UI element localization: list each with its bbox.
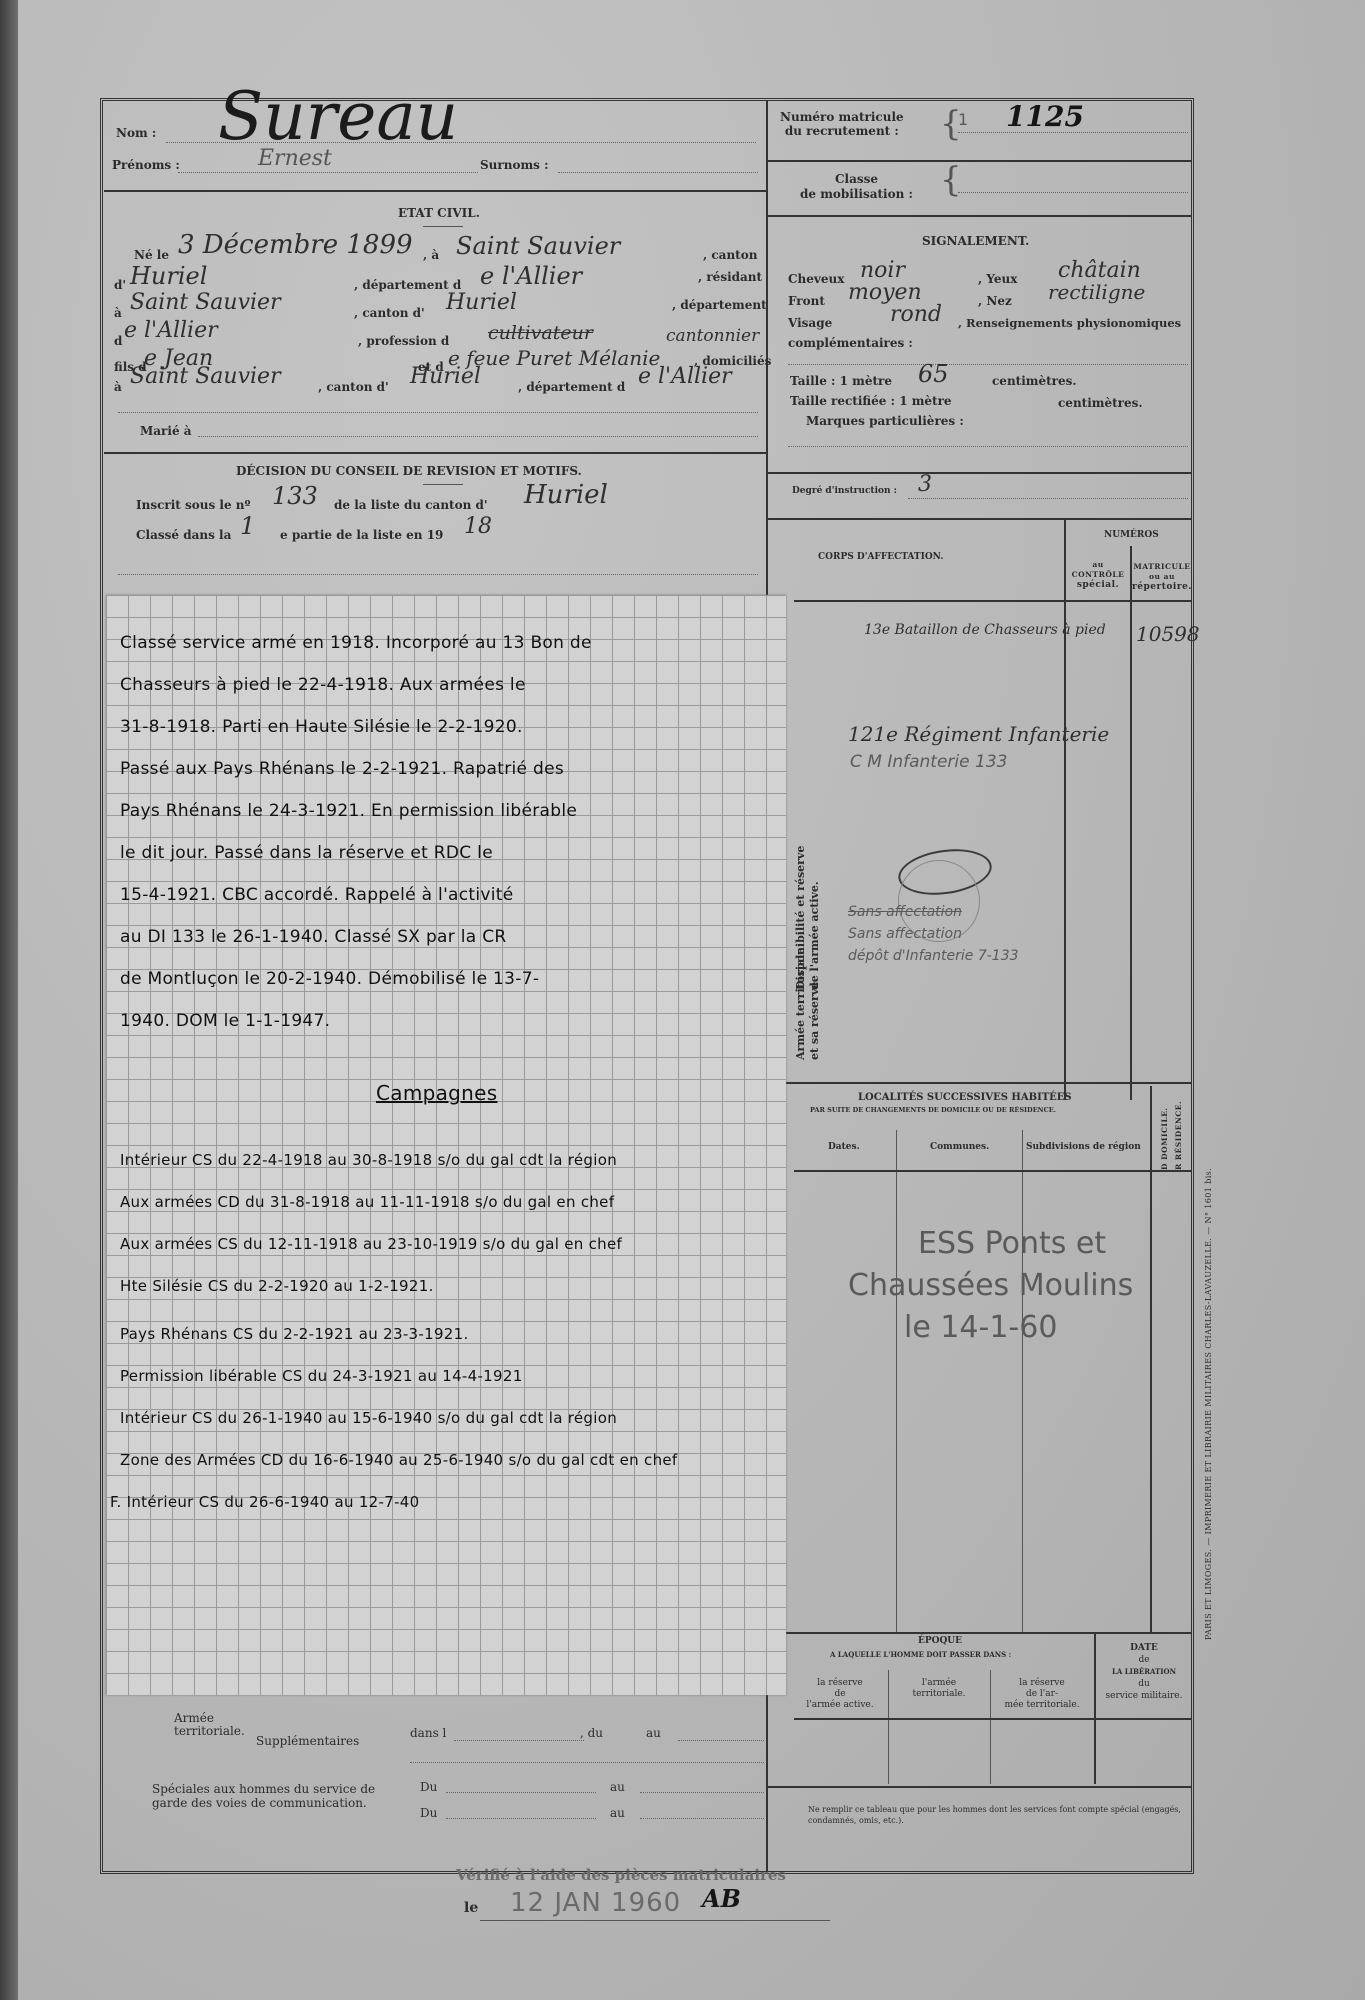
classe-dans-label: Classé dans la — [136, 528, 231, 542]
au3-label: au — [610, 1806, 625, 1820]
marie-line — [198, 436, 758, 437]
residence-value: Saint Sauvier — [130, 290, 281, 315]
col-subdivisions: Subdivisions de région — [1026, 1142, 1141, 1152]
verification-initials: AB — [702, 1884, 741, 1913]
col-matricule-2: ou au — [1132, 572, 1192, 582]
supplementaires-label: Supplémentaires — [256, 1734, 359, 1748]
col-dates: Dates. — [828, 1142, 860, 1152]
departement3-value: e l'Allier — [638, 364, 732, 389]
profession-struck: cultivateur — [488, 322, 593, 344]
localites-entry-2: Chaussées Moulins — [848, 1268, 1133, 1303]
classe-label-2: de mobilisation : — [800, 187, 913, 201]
corps-header: CORPS D'AFFECTATION. — [818, 552, 943, 562]
printer-imprint: PARIS ET LIMOGES. — IMPRIMERIE ET LIBRAI… — [1204, 1168, 1213, 1640]
du3-line — [446, 1818, 596, 1819]
date-liberation-col: DATE de LA LIBÉRATION du service militai… — [1096, 1642, 1192, 1702]
corps-bottom-rule — [766, 1082, 1192, 1084]
instruction-value: 3 — [918, 472, 932, 497]
au-line — [678, 1740, 764, 1741]
a3-label: à — [114, 380, 122, 394]
signalement-title: SIGNALEMENT. — [922, 234, 1029, 248]
epoque-header-rule — [794, 1718, 1192, 1720]
instruction-rule — [766, 518, 1192, 520]
service-line: Chasseurs à pied le 22-4-1918. Aux armée… — [120, 675, 526, 695]
decision-line — [118, 574, 758, 575]
service-line: 1940. DOM le 1-1-1947. — [120, 1011, 330, 1031]
col-residence: R RÉSIDENCE. — [1174, 1101, 1183, 1170]
classe-line — [958, 192, 1188, 193]
ne-le-value: 3 Décembre 1899 — [178, 230, 413, 260]
partie-label: e partie de la liste en 19 — [280, 528, 443, 542]
localites-divider-dr — [1150, 1086, 1152, 1632]
epoque-title: ÉPOQUE — [918, 1636, 962, 1646]
col-domicile-residence: D DOMICILE.R RÉSIDENCE. — [1158, 1101, 1186, 1170]
corps-entry-5: Sans affectation — [848, 926, 962, 942]
speciales-label: Spéciales aux hommes du service degarde … — [152, 1782, 375, 1810]
au3-line — [640, 1818, 764, 1819]
corps-entry-2: 121e Régiment Infanterie — [848, 722, 1109, 746]
taille-rectifiee-unit: centimètres. — [1058, 396, 1143, 410]
complementaires-label: complémentaires : — [788, 336, 913, 350]
canton-value: Huriel — [130, 262, 207, 290]
epoque-col-1: la réserve de l'armée active. — [794, 1678, 886, 1711]
campagne-line: Zone des Armées CD du 16-6-1940 au 25-6-… — [120, 1451, 678, 1469]
epoque-col-2-line-1: l'armée — [890, 1678, 988, 1689]
epoque-col-1-line-2: de — [794, 1689, 886, 1700]
col-matricule-header: MATRICULE ou au répertoire. — [1132, 562, 1192, 592]
date-col-1: DATE — [1096, 1642, 1192, 1654]
campagne-line: Pays Rhénans CS du 2-2-1921 au 23-3-1921… — [120, 1325, 469, 1343]
corps-entry-3: C M Infanterie 133 — [850, 752, 1007, 772]
residant-label: , résidant — [698, 270, 762, 284]
epoque-col-3-line-1: la réserve — [992, 1678, 1092, 1689]
canton3-label: , canton d' — [318, 380, 389, 394]
verification-le-label: le — [464, 1900, 478, 1916]
etat-civil-underline — [423, 226, 463, 227]
localites-entry-1: ESS Ponts et — [918, 1226, 1106, 1261]
col-controle-2: CONTRÔLE — [1068, 570, 1128, 580]
etat-civil-rule — [104, 452, 766, 454]
col-domicile: D DOMICILE. — [1160, 1107, 1169, 1170]
canton3-value: Huriel — [410, 364, 481, 389]
annotation-sheet: Classé service armé en 1918. Incorporé a… — [106, 595, 786, 1695]
armee-label-2: territoriale. — [174, 1724, 245, 1738]
epoque-subtitle: A LAQUELLE L'HOMME DOIT PASSER DANS : — [830, 1650, 1011, 1659]
classe-label-1: Classe — [835, 172, 878, 186]
profession-value: cantonnier — [666, 326, 759, 346]
matricule-label-2: du recrutement : — [785, 124, 899, 138]
corps-divider-2 — [1130, 546, 1132, 1100]
visage-value: rond — [890, 302, 942, 327]
epoque-col-3: la réserve de l'ar- mée territoriale. — [992, 1678, 1092, 1711]
col-matricule-1: MATRICULE — [1132, 562, 1192, 572]
epoque-col-3-line-2: de l'ar- — [992, 1689, 1092, 1700]
speciales-label-2: garde des voies de communication. — [152, 1796, 367, 1810]
speciales-label-1: Spéciales aux hommes du service de — [152, 1782, 375, 1796]
col-controle-header: au CONTRÔLE spécial. — [1068, 560, 1128, 590]
taille-rectifiee-label: Taille rectifiée : 1 mètre — [790, 394, 952, 408]
date-col-3: LA LIBÉRATION — [1096, 1666, 1192, 1678]
prenoms-line — [178, 172, 478, 173]
decision-title: DÉCISION DU CONSEIL DE REVISION ET MOTIF… — [236, 464, 582, 478]
campagne-line: Aux armées CS du 12-11-1918 au 23-10-191… — [120, 1235, 622, 1253]
armee-label-1: Armée — [174, 1711, 214, 1725]
corps-header-rule — [794, 600, 1192, 602]
epoque-col-1-line-3: l'armée active. — [794, 1700, 886, 1711]
a2-label: à — [114, 306, 122, 320]
nez-value: rectiligne — [1048, 280, 1145, 304]
localites-bottom-rule — [766, 1632, 1192, 1634]
verification-date: 12 JAN 1960 — [510, 1888, 681, 1918]
renseignements-label: , Renseignements physionomiques — [958, 316, 1181, 330]
nom-value: Sureau — [218, 78, 458, 155]
page-binding — [0, 0, 18, 2000]
du-label: , du — [580, 1726, 603, 1740]
register-page: Nom : Sureau Prénoms : Ernest Surnoms : … — [18, 0, 1365, 2000]
service-line: Classé service armé en 1918. Incorporé a… — [120, 633, 592, 653]
col-controle-3: spécial. — [1068, 580, 1128, 590]
liste-label: de la liste du canton d' — [334, 498, 488, 512]
corps-entry-1: 13e Bataillon de Chasseurs à pied — [864, 622, 1106, 638]
du3-label: Du — [420, 1806, 437, 1820]
du2-line — [446, 1792, 596, 1793]
campagne-line: Permission libérable CS du 24-3-1921 au … — [120, 1367, 523, 1385]
col-controle-1: au — [1068, 560, 1128, 570]
classe-dans-value: 1 — [240, 512, 255, 540]
inscrit-label: Inscrit sous le nº — [136, 498, 251, 512]
epoque-col-2-line-2: territoriale. — [890, 1689, 988, 1700]
departement2-label: , département — [672, 298, 767, 312]
matricule-value: 1125 — [1006, 100, 1084, 133]
numeros-header: NUMÉROS — [1104, 530, 1159, 540]
d-label: d' — [114, 278, 126, 292]
nom-label: Nom : — [116, 126, 156, 140]
epoque-col-1-line-1: la réserve — [794, 1678, 886, 1689]
section-terr-1: Armée territoriale — [794, 948, 807, 1060]
canton2-value: Huriel — [446, 290, 517, 315]
localites-title: LOCALITÉS SUCCESSIVES HABITÉES — [858, 1092, 1072, 1103]
date-col-5: service militaire. — [1096, 1690, 1192, 1702]
epoque-col-2: l'armée territoriale. — [890, 1678, 988, 1700]
front-label: Front — [788, 294, 825, 308]
campagne-line: Intérieur CS du 22-4-1918 au 30-8-1918 s… — [120, 1151, 617, 1169]
departement-value: e l'Allier — [480, 262, 582, 290]
inscrit-value: 133 — [272, 482, 318, 510]
service-line: de Montluçon le 20-2-1940. Démobilisé le… — [120, 969, 539, 989]
matricule-label: Numéro matriculedu recrutement : — [780, 110, 904, 138]
au2-line — [640, 1792, 764, 1793]
a-label: , à — [423, 248, 439, 262]
epoque-divider-2 — [990, 1670, 991, 1784]
service-line: le dit jour. Passé dans la réserve et RD… — [120, 843, 493, 863]
epoque-bottom-rule — [766, 1786, 1192, 1788]
marques-line — [788, 446, 1188, 447]
instruction-line — [908, 498, 1188, 499]
service-line: au DI 133 le 26-1-1940. Classé SX par la… — [120, 927, 507, 947]
dans-line — [454, 1740, 584, 1741]
etat-civil-title: ETAT CIVIL. — [398, 206, 480, 220]
dans-label: dans l — [410, 1726, 446, 1740]
localites-divider-2 — [1022, 1130, 1023, 1632]
localites-subtitle: PAR SUITE DE CHANGEMENTS DE DOMICILE OU … — [810, 1106, 1056, 1114]
campagne-line: Hte Silésie CS du 2-2-1920 au 1-2-1921. — [120, 1277, 434, 1295]
service-line: 15-4-1921. CBC accordé. Rappelé à l'acti… — [120, 885, 514, 905]
localites-entry-3: le 14-1-60 — [904, 1310, 1057, 1345]
complementaires-line — [788, 364, 1188, 365]
domicile-value: Saint Sauvier — [130, 364, 281, 389]
service-line: Passé aux Pays Rhénans le 2-2-1921. Rapa… — [120, 759, 564, 779]
col-communes: Communes. — [930, 1142, 989, 1152]
surnoms-label: Surnoms : — [480, 158, 549, 172]
prenoms-label: Prénoms : — [112, 158, 180, 172]
profession-label: , profession d — [358, 334, 449, 348]
departement3-label: , département d — [518, 380, 625, 394]
classe-rule — [766, 215, 1192, 217]
matricule-label-1: Numéro matricule — [780, 110, 904, 124]
cheveux-label: Cheveux — [788, 272, 844, 286]
blank-line — [118, 412, 758, 413]
nez-label: , Nez — [978, 294, 1012, 308]
d2-label: d — [114, 334, 122, 348]
header-rule — [104, 190, 766, 192]
service-line: 31-8-1918. Parti en Haute Silésie le 2-2… — [120, 717, 523, 737]
localites-header-rule — [794, 1170, 1192, 1172]
verification-stamp: Vérifié à l'aide des pièces matriculaire… — [456, 1866, 786, 1884]
matricule-rule — [766, 160, 1192, 162]
section-terr-2: et sa réserve. — [808, 978, 821, 1060]
taille-unit: centimètres. — [992, 374, 1077, 388]
corps-entry-4-struck: Sans affectation — [848, 904, 962, 920]
au2-label: au — [610, 1780, 625, 1794]
ne-le-label: Né le — [134, 248, 169, 262]
a-value: Saint Sauvier — [456, 232, 620, 260]
surnoms-line — [558, 172, 758, 173]
armee-territoriale-label: Arméeterritoriale. — [174, 1712, 245, 1738]
epoque-note: Ne remplir ce tableau que pour les homme… — [808, 1804, 1188, 1826]
matricule-line — [958, 132, 1188, 133]
supp-line-2 — [410, 1762, 764, 1763]
section-territoriale: Armée territorialeet sa réserve. — [794, 948, 822, 1060]
marie-label: Marié à — [140, 424, 192, 438]
prenoms-value: Ernest — [258, 146, 332, 171]
epoque-divider-1 — [888, 1670, 889, 1784]
matricule-prefix: 1 — [958, 110, 968, 129]
date-col-2: de — [1096, 1654, 1192, 1666]
canton2-label: , canton d' — [354, 306, 425, 320]
visage-label: Visage — [788, 316, 832, 330]
corps-entry-6: dépôt d'Infanterie 7-133 — [848, 948, 1019, 964]
departement2-value: e l'Allier — [124, 318, 218, 343]
du2-label: Du — [420, 1780, 437, 1794]
col-matricule-3: répertoire. — [1132, 582, 1192, 592]
marques-label: Marques particulières : — [806, 414, 964, 428]
campagne-line: Aux armées CD du 31-8-1918 au 11-11-1918… — [120, 1193, 614, 1211]
yeux-label: , Yeux — [978, 272, 1017, 286]
campagne-line: F. Intérieur CS du 26-6-1940 au 12-7-40 — [110, 1493, 419, 1511]
au-label: au — [646, 1726, 661, 1740]
corps-entry-1-number: 10598 — [1136, 622, 1200, 646]
campagnes-title: Campagnes — [376, 1081, 497, 1105]
service-line: Pays Rhénans le 24-3-1921. En permission… — [120, 801, 577, 821]
taille-label: Taille : 1 mètre — [790, 374, 892, 388]
verification-line — [480, 1920, 830, 1921]
epoque-col-3-line-3: mée territoriale. — [992, 1700, 1092, 1711]
classe-label: Classede mobilisation : — [800, 172, 913, 202]
liste-value: Huriel — [524, 480, 608, 510]
instruction-label: Degré d'instruction : — [792, 486, 897, 496]
signalement-rule — [766, 472, 1192, 474]
campagne-line: Intérieur CS du 26-1-1940 au 15-6-1940 s… — [120, 1409, 617, 1427]
date-col-4: du — [1096, 1678, 1192, 1690]
decision-underline — [423, 484, 463, 485]
localites-divider-1 — [896, 1130, 897, 1632]
annee-value: 18 — [464, 514, 492, 539]
canton-label: , canton — [703, 248, 757, 262]
taille-value: 65 — [918, 360, 949, 388]
corps-divider-1 — [1064, 520, 1066, 1100]
classe-brace: { — [940, 160, 962, 200]
